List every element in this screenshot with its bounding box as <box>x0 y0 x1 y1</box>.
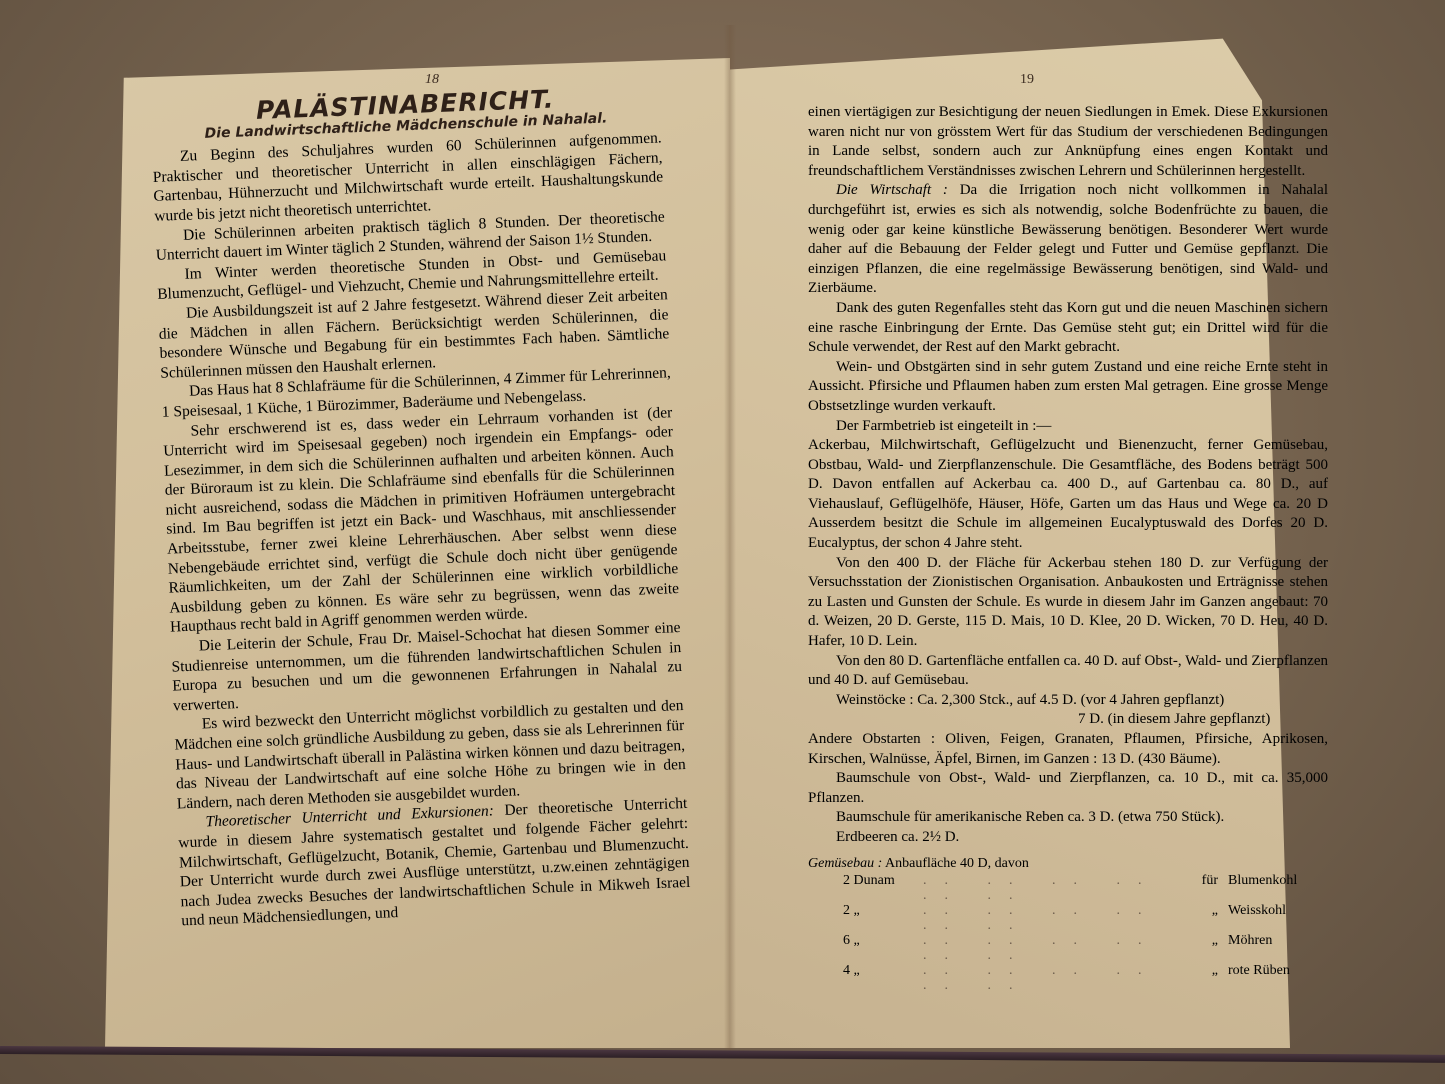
paragraph-baumschule-reben: Baumschule für amerikanische Reben ca. 3… <box>808 808 1328 828</box>
paragraph-baumschule: Baumschule von Obst-, Wald- und Zierpfla… <box>808 769 1328 808</box>
paragraph-wirtschaft: Die Wirtschaft : Da die Irrigation noch … <box>808 181 1328 299</box>
left-page-number: 18 <box>425 72 439 88</box>
paragraph: Sehr erschwerend ist es, dass weder ein … <box>162 403 680 638</box>
preposition-cell: „ <box>1178 933 1228 963</box>
run-in-heading: Die Wirtschaft : <box>836 182 948 198</box>
left-page-text: PALÄSTINABERICHT. Die Landwirtschaftlich… <box>150 85 691 931</box>
crop-cell: Möhren <box>1228 933 1328 963</box>
quantity-cell: 2 Dunam <box>808 873 923 903</box>
table-row: 2 „ .. .. .. .. .. .. „ Weisskohl <box>808 903 1328 933</box>
run-in-heading: Gemüsebau : <box>808 856 882 871</box>
paragraph-body: Da die Irrigation noch nicht vollkommen … <box>808 182 1328 296</box>
leader-dots: .. .. .. .. .. .. <box>923 963 1178 993</box>
weinstoecke-line-1: Weinstöcke : Ca. 2,300 Stck., auf 4.5 D.… <box>808 691 1328 711</box>
paragraph: Dank des guten Regenfalles steht das Kor… <box>808 299 1328 358</box>
table-row: 4 „ .. .. .. .. .. .. „ rote Rüben <box>808 963 1328 993</box>
gemuesebau-summary: Anbaufläche 40 D, davon <box>882 856 1029 871</box>
leader-dots: .. .. .. .. .. .. <box>923 933 1178 963</box>
gemuesebau-heading: Gemüsebau : Anbaufläche 40 D, davon <box>808 854 1328 874</box>
book-gutter <box>724 25 736 1050</box>
table-row: 2 Dunam .. .. .. .. .. .. für Blumenkohl <box>808 873 1328 903</box>
quantity-cell: 2 „ <box>808 903 923 933</box>
paragraph-farm: Ackerbau, Milchwirtschaft, Geflügelzucht… <box>808 436 1328 554</box>
crop-cell: Weisskohl <box>1228 903 1328 933</box>
leader-dots: .. .. .. .. .. .. <box>923 903 1178 933</box>
paragraph-obstarten: Andere Obstarten : Oliven, Feigen, Grana… <box>808 730 1328 769</box>
paragraph: Von den 80 D. Gartenfläche entfallen ca.… <box>808 652 1328 691</box>
paragraph: Von den 400 D. der Fläche für Ackerbau s… <box>808 554 1328 652</box>
preposition-cell: „ <box>1178 963 1228 993</box>
paragraph-erdbeeren: Erdbeeren ca. 2½ D. <box>808 828 1328 848</box>
weinstoecke-line-2: 7 D. (in diesem Jahre gepflanzt) <box>808 710 1328 730</box>
quantity-cell: 6 „ <box>808 933 923 963</box>
leader-dots: .. .. .. .. .. .. <box>923 873 1178 903</box>
right-page-text: einen viertägigen zur Besichtigung der n… <box>808 103 1328 993</box>
preposition-cell: für <box>1178 873 1228 903</box>
gemuesebau-table: 2 Dunam .. .. .. .. .. .. für Blumenkohl… <box>808 873 1328 993</box>
preposition-cell: „ <box>1178 903 1228 933</box>
crop-cell: Blumenkohl <box>1228 873 1328 903</box>
right-page-number: 19 <box>1020 72 1034 88</box>
table-row: 6 „ .. .. .. .. .. .. „ Möhren <box>808 933 1328 963</box>
paragraph-excursions: Theoretischer Unterricht und Exkursionen… <box>177 794 691 931</box>
paragraph: einen viertägigen zur Besichtigung der n… <box>808 103 1328 181</box>
paragraph: Wein- und Obstgärten sind in sehr gutem … <box>808 358 1328 417</box>
crop-cell: rote Rüben <box>1228 963 1328 993</box>
quantity-cell: 4 „ <box>808 963 923 993</box>
paragraph: Der Farmbetrieb ist eingeteilt in :— <box>808 417 1328 437</box>
